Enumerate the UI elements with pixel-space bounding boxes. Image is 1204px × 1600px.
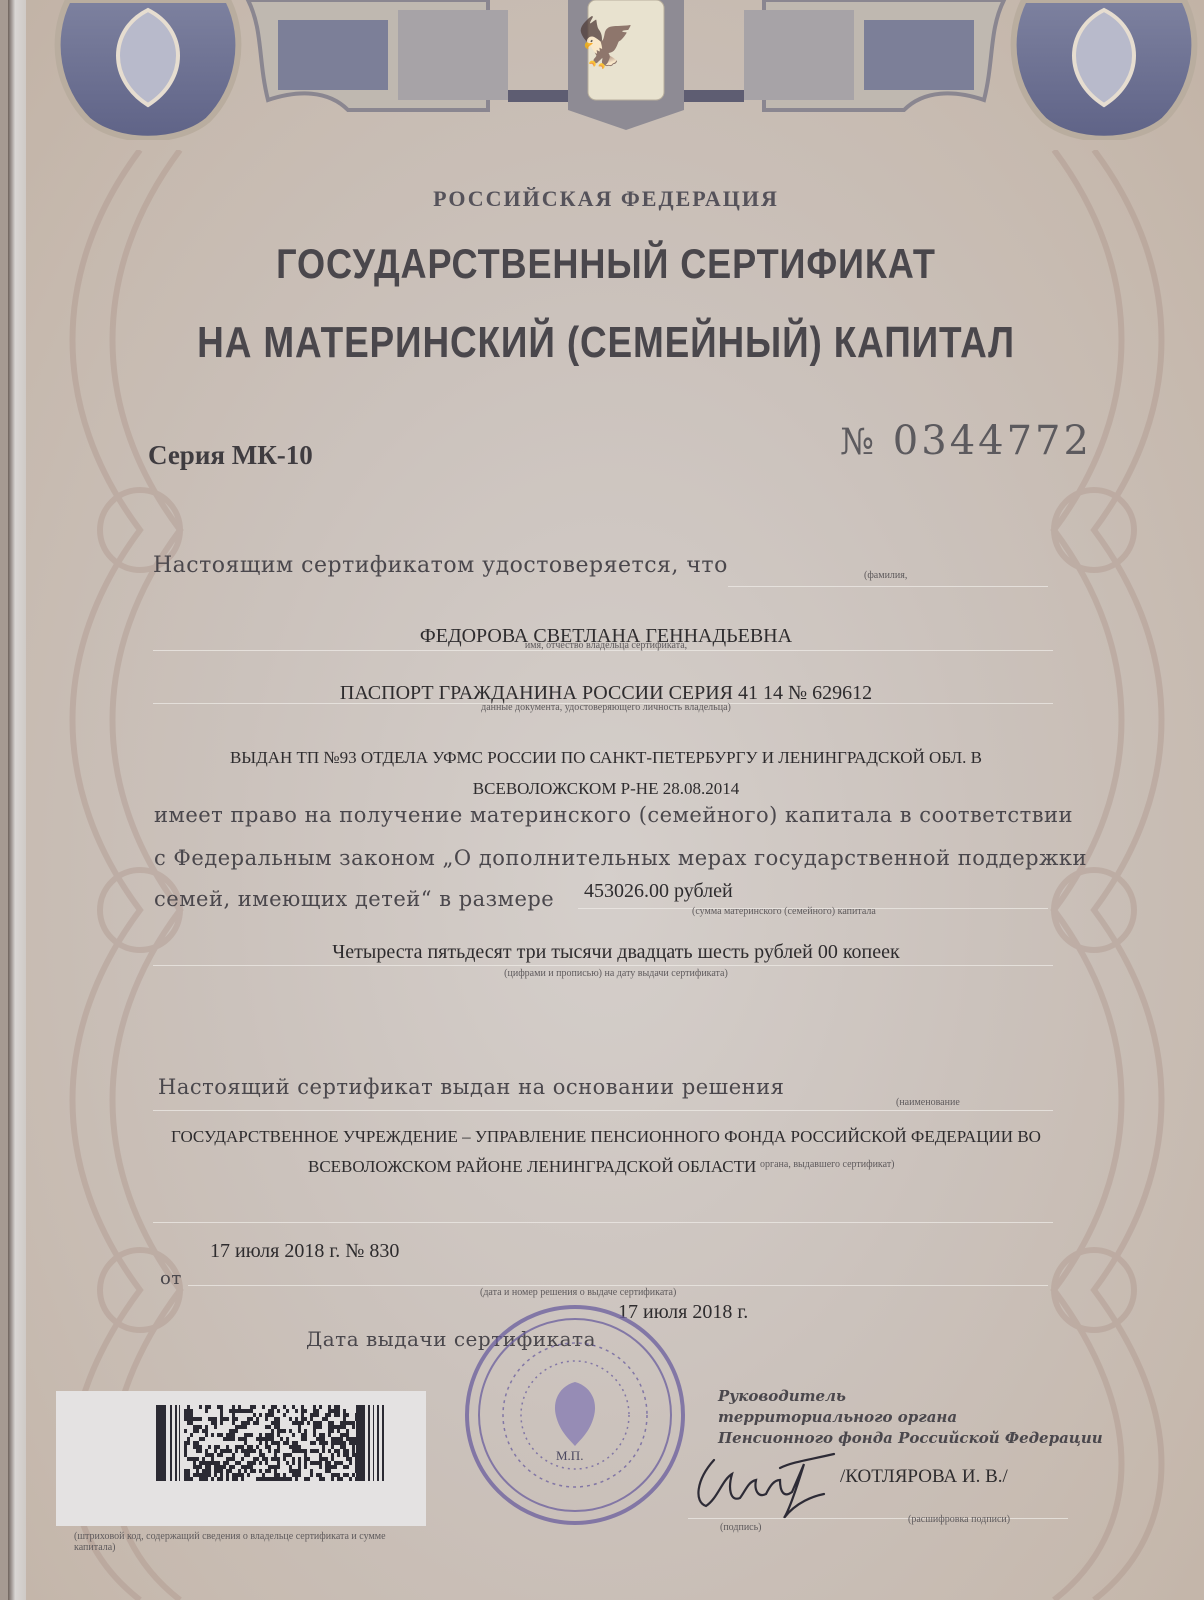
hint-signature: (подпись) <box>720 1522 762 1533</box>
signatory-name: /КОТЛЯРОВА И. В./ <box>840 1466 1008 1488</box>
signatory-title-line1: Руководитель <box>718 1386 846 1407</box>
fill-line <box>188 1285 1048 1286</box>
fill-line <box>728 586 1048 587</box>
passport-issued-by-line1: ВЫДАН ТП №93 ОТДЕЛА УФМС РОССИИ ПО САНКТ… <box>8 748 1204 768</box>
signature-icon <box>684 1440 844 1520</box>
hint-passport: данные документа, удостоверяющего личнос… <box>8 702 1204 713</box>
certificate-number-value: 0344772 <box>893 418 1092 464</box>
entitlement-line3: семей, имеющих детей“ в размере <box>154 887 554 911</box>
hint-surname: (фамилия, <box>864 570 907 581</box>
fill-line <box>153 1110 1053 1111</box>
number-sign: № <box>840 422 877 463</box>
hint-name-patronymic: имя, отчество владельца сертификата, <box>8 640 1204 651</box>
basis-intro: Настоящий сертификат выдан на основании … <box>158 1075 784 1099</box>
holder-intro: Настоящим сертификатом удостоверяется, ч… <box>153 553 728 578</box>
certificate-title-line2: НА МАТЕРИНСКИЙ (СЕМЕЙНЫЙ) КАПИТАЛ <box>104 318 1109 368</box>
barcode-panel <box>56 1391 426 1526</box>
hint-signature-decoding: (расшифровка подписи) <box>908 1514 1010 1525</box>
signatory-title-line2: территориального органа <box>718 1407 957 1428</box>
entitlement-line1: имеет право на получение материнского (с… <box>154 803 1073 827</box>
hint-amount: (сумма материнского (семейного) капитала <box>692 906 876 917</box>
page-edge <box>8 0 26 1600</box>
from-label: от <box>160 1268 182 1289</box>
coat-of-arms-icon: 🦅 <box>568 4 644 84</box>
issuing-authority-line1: ГОСУДАРСТВЕННОЕ УЧРЕЖДЕНИЕ – УПРАВЛЕНИЕ … <box>8 1127 1204 1147</box>
hint-amount-words: (цифрами и прописью) на дату выдачи серт… <box>8 968 1204 979</box>
fill-line <box>153 1222 1053 1223</box>
fill-line <box>688 1518 1068 1519</box>
issuing-authority-line2: ВСЕВОЛОЖСКОМ РАЙОНЕ ЛЕНИНГРАДСКОЙ ОБЛАСТ… <box>308 1157 756 1177</box>
country-heading: РОССИЙСКАЯ ФЕДЕРАЦИЯ <box>8 186 1204 212</box>
hint-authority: органа, выдавшего сертификат) <box>760 1159 895 1170</box>
fill-line <box>153 965 1053 966</box>
stamp-label: М.П. <box>556 1448 583 1464</box>
hint-decision: (дата и номер решения о выдаче сертифика… <box>480 1287 676 1298</box>
certificate-series: Серия МК-10 <box>148 440 313 471</box>
certificate-page: 🦅 РОССИЙСКАЯ ФЕДЕРАЦИЯ ГОСУДАРСТВЕННЫЙ С… <box>8 0 1204 1600</box>
entitlement-line2: с Федеральным законом „О дополнительных … <box>154 846 1087 870</box>
pdf417-barcode-icon <box>156 1405 386 1481</box>
top-guilloche-band: 🦅 <box>48 0 1204 140</box>
decision-date-number: 17 июля 2018 г. № 830 <box>210 1240 399 1263</box>
barcode-hint: (штриховой код, содержащий сведения о вл… <box>74 1531 394 1553</box>
official-seal-icon: М.П. <box>460 1300 690 1530</box>
passport-issued-by-line2: ВСЕВОЛОЖСКОМ Р-НЕ 28.08.2014 <box>8 779 1204 799</box>
capital-amount: 453026.00 рублей <box>584 880 733 903</box>
capital-amount-words: Четыреста пятьдесят три тысячи двадцать … <box>8 941 1204 964</box>
certificate-title-line1: ГОСУДАРСТВЕННЫЙ СЕРТИФИКАТ <box>92 240 1121 288</box>
hint-authority-name: (наименование <box>896 1097 960 1108</box>
certificate-number: № 0344772 <box>840 418 1092 464</box>
